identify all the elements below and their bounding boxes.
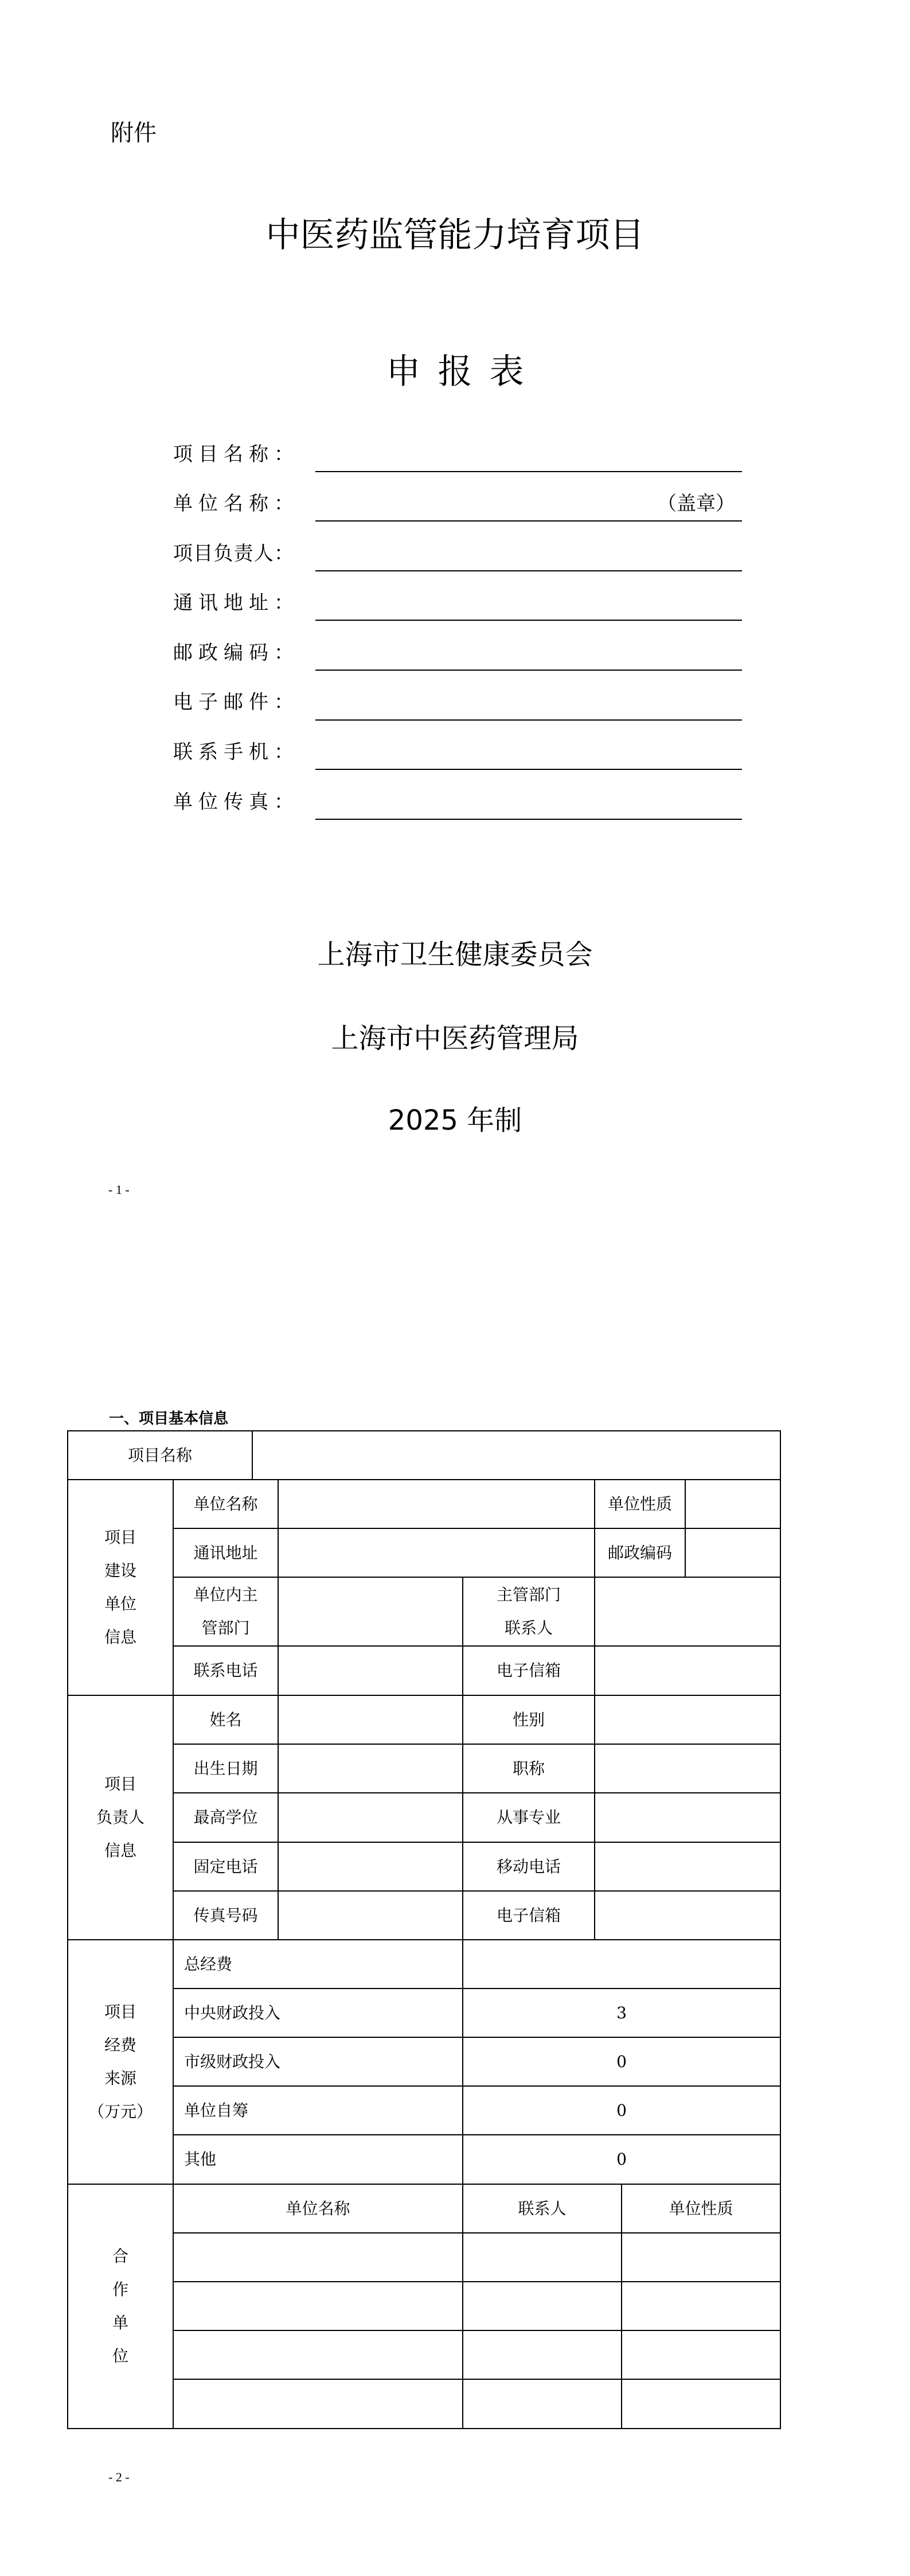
field-leader-gender[interactable] <box>594 1695 781 1745</box>
group-label-line: 项目 <box>104 1521 136 1554</box>
label-postcode: 邮政编码 <box>594 1528 686 1578</box>
cover-label-address: 通讯地址： <box>173 592 294 614</box>
group-label-line: 经费 <box>104 2029 136 2062</box>
issuer-tcm-bureau: 上海市中医药管理局 <box>0 1022 910 1055</box>
partner-row-2-unit-nature[interactable] <box>621 2281 781 2331</box>
cover-field-project-name[interactable] <box>315 471 742 472</box>
partner-row-2-contact[interactable] <box>462 2281 622 2331</box>
field-leader-title[interactable] <box>594 1744 781 1793</box>
group-label-line: 负责人 <box>96 1801 144 1834</box>
cover-field-fax[interactable] <box>315 819 742 820</box>
label-project-name: 项目名称 <box>67 1430 253 1480</box>
label-address: 通讯地址 <box>173 1528 279 1578</box>
group-label-line: 位 <box>112 2340 128 2373</box>
page-number-2: - 2 - <box>108 2470 130 2485</box>
label-unit-nature: 单位性质 <box>594 1479 686 1529</box>
cover-label-mobile: 联系手机： <box>173 741 294 764</box>
label-line: 单位内主 <box>193 1578 257 1612</box>
field-unit-name[interactable] <box>278 1479 595 1529</box>
partner-header-unit-nature: 单位性质 <box>621 2184 781 2233</box>
cover-label-postcode: 邮政编码： <box>173 641 294 664</box>
field-supervising-dept[interactable] <box>278 1577 463 1647</box>
field-total-funding[interactable] <box>462 1939 781 1989</box>
group-label-line: 作 <box>112 2273 128 2306</box>
field-leader-fax[interactable] <box>278 1890 463 1940</box>
cover-label-email: 电子邮件： <box>173 691 294 714</box>
group-label-line: 单位 <box>104 1587 136 1621</box>
group-label-line: 单 <box>112 2306 128 2340</box>
document-title: 中医药监管能力培育项目 <box>0 215 910 256</box>
label-leader-birthdate: 出生日期 <box>173 1744 279 1793</box>
partner-row-1-unit-nature[interactable] <box>621 2232 781 2282</box>
field-unit-nature[interactable] <box>685 1479 781 1529</box>
field-leader-email[interactable] <box>594 1890 781 1940</box>
field-leader-birthdate[interactable] <box>278 1744 463 1793</box>
label-self-raised-funding: 单位自筹 <box>173 2085 463 2135</box>
label-leader-fax: 传真号码 <box>173 1890 279 1940</box>
label-line: 联系人 <box>505 1612 553 1645</box>
field-leader-mobile[interactable] <box>594 1842 781 1892</box>
field-unit-phone[interactable] <box>278 1645 463 1696</box>
partner-row-3-unit-name[interactable] <box>173 2330 463 2380</box>
label-leader-email: 电子信箱 <box>462 1890 595 1940</box>
cover-field-email[interactable] <box>315 719 742 721</box>
partner-header-unit-name: 单位名称 <box>173 2184 463 2233</box>
group-label-line: 建设 <box>104 1554 136 1587</box>
label-unit-phone: 联系电话 <box>173 1645 279 1696</box>
cover-field-project-leader[interactable] <box>315 570 742 571</box>
label-leader-gender: 性别 <box>462 1695 595 1745</box>
label-other-funding: 其他 <box>173 2134 463 2185</box>
cover-field-unit-name[interactable] <box>315 520 742 522</box>
label-leader-name: 姓名 <box>173 1695 279 1745</box>
label-supervising-dept: 单位内主 管部门 <box>173 1577 279 1647</box>
group-label-line: 项目 <box>104 1995 136 2029</box>
field-leader-specialty[interactable] <box>594 1792 781 1843</box>
cover-field-address[interactable] <box>315 620 742 621</box>
group-label-line: （万元） <box>88 2095 153 2128</box>
field-leader-degree[interactable] <box>278 1792 463 1843</box>
partner-row-1-unit-name[interactable] <box>173 2232 463 2282</box>
label-unit-name: 单位名称 <box>173 1479 279 1529</box>
issuer-health-commission: 上海市卫生健康委员会 <box>0 938 910 971</box>
field-leader-name[interactable] <box>278 1695 463 1745</box>
field-central-funding[interactable]: 3 <box>462 1988 781 2038</box>
group-label-line: 来源 <box>104 2062 136 2095</box>
partner-row-3-unit-nature[interactable] <box>621 2330 781 2380</box>
cover-label-unit-name: 单位名称： <box>173 492 294 515</box>
partner-row-3-contact[interactable] <box>462 2330 622 2380</box>
group-label-construction-unit: 项目 建设 单位 信息 <box>67 1479 174 1696</box>
partner-row-4-contact[interactable] <box>462 2379 622 2429</box>
label-supervising-contact: 主管部门 联系人 <box>462 1577 595 1647</box>
partner-row-4-unit-nature[interactable] <box>621 2379 781 2429</box>
document-subtitle: 申报表 <box>0 351 910 392</box>
field-unit-email[interactable] <box>594 1645 781 1696</box>
label-leader-title: 职称 <box>462 1744 595 1793</box>
field-postcode[interactable] <box>685 1528 781 1578</box>
year-made: 2025 年制 <box>0 1104 910 1137</box>
field-project-name[interactable] <box>252 1430 781 1480</box>
field-self-raised-funding[interactable]: 0 <box>462 2085 781 2135</box>
cover-field-postcode[interactable] <box>315 670 742 671</box>
field-supervising-contact[interactable] <box>594 1577 781 1647</box>
label-leader-mobile: 移动电话 <box>462 1842 595 1892</box>
label-line: 管部门 <box>201 1612 249 1645</box>
field-municipal-funding[interactable]: 0 <box>462 2037 781 2087</box>
label-total-funding: 总经费 <box>173 1939 463 1989</box>
label-central-funding: 中央财政投入 <box>173 1988 463 2038</box>
label-line: 主管部门 <box>497 1578 561 1612</box>
group-label-line: 项目 <box>104 1768 136 1801</box>
cover-field-mobile[interactable] <box>315 769 742 770</box>
field-other-funding[interactable]: 0 <box>462 2134 781 2185</box>
attachment-label: 附件 <box>111 119 157 147</box>
cover-label-fax: 单位传真： <box>173 791 294 814</box>
section-heading-basic-info: 一、项目基本信息 <box>109 1410 228 1427</box>
group-label-line: 合 <box>112 2240 128 2273</box>
label-leader-degree: 最高学位 <box>173 1792 279 1843</box>
field-address[interactable] <box>278 1528 595 1578</box>
cover-label-project-leader: 项目负责人： <box>173 542 294 565</box>
group-label-funding: 项目 经费 来源 （万元） <box>67 1939 174 2185</box>
group-label-leader: 项目 负责人 信息 <box>67 1695 174 1940</box>
page-number-1: - 1 - <box>108 1182 130 1197</box>
partner-row-4-unit-name[interactable] <box>173 2379 463 2429</box>
label-municipal-funding: 市级财政投入 <box>173 2037 463 2087</box>
partner-header-contact: 联系人 <box>462 2184 622 2233</box>
seal-note: （盖章） <box>657 492 735 515</box>
label-leader-landline: 固定电话 <box>173 1842 279 1892</box>
partner-row-2-unit-name[interactable] <box>173 2281 463 2331</box>
field-leader-landline[interactable] <box>278 1842 463 1892</box>
cover-label-project-name: 项目名称： <box>173 443 294 466</box>
partner-row-1-contact[interactable] <box>462 2232 622 2282</box>
label-unit-email: 电子信箱 <box>462 1645 595 1696</box>
group-label-line: 信息 <box>104 1621 136 1654</box>
group-label-line: 信息 <box>104 1834 136 1867</box>
label-leader-specialty: 从事专业 <box>462 1792 595 1843</box>
group-label-partners: 合 作 单 位 <box>67 2184 174 2429</box>
